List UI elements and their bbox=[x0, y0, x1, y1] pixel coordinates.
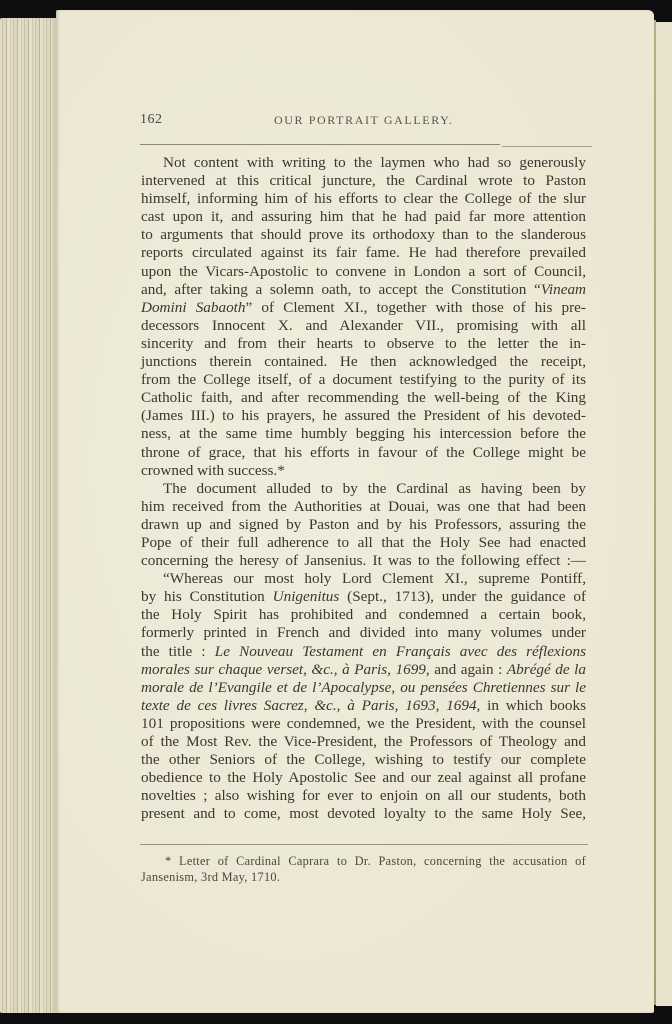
text-line: morale de l’Evangile et de l’Apocalypse,… bbox=[141, 679, 586, 697]
running-head: OUR PORTRAIT GALLERY. bbox=[274, 113, 453, 128]
text-line: drawn up and signed by Paston and by his… bbox=[141, 516, 586, 534]
text-line: to arguments that should prove its ortho… bbox=[141, 226, 586, 244]
text-line: intervened at this critical juncture, th… bbox=[141, 172, 586, 190]
italic-title: Vineam bbox=[541, 281, 586, 298]
text-line: concerning the heresy of Jansenius. It w… bbox=[141, 552, 586, 570]
italic-title: texte de ces livres Sacrez, &c., à Paris… bbox=[141, 697, 480, 714]
italic-title: Unigenitus bbox=[273, 588, 340, 605]
text-line: The document alluded to by the Cardinal … bbox=[141, 480, 586, 498]
text-segment: ” of Clement XI., together with those of… bbox=[246, 299, 586, 316]
text-line: morales sur chaque verset, &c., à Paris,… bbox=[141, 661, 586, 679]
book-scan: 162 OUR PORTRAIT GALLERY. Not content wi… bbox=[0, 0, 672, 1024]
footnote-line: * Letter of Cardinal Caprara to Dr. Past… bbox=[141, 853, 586, 869]
footnote-rule bbox=[140, 844, 588, 845]
text-line: crowned with success.* bbox=[141, 462, 586, 480]
text-segment: (Sept., 1713), under the guidance of bbox=[339, 588, 586, 605]
text-line: novelties ; also wishing for ever to enj… bbox=[141, 787, 586, 805]
text-line: formerly printed in French and divided i… bbox=[141, 624, 586, 642]
text-segment: and, after taking a solemn oath, to acce… bbox=[141, 281, 541, 298]
text-line: the title : Le Nouveau Testament en Fran… bbox=[141, 643, 586, 661]
text-line: junctions therein contained. He then ack… bbox=[141, 353, 586, 371]
text-line: “Whereas our most holy Lord Clement XI.,… bbox=[141, 570, 586, 588]
body-text: Not content with writing to the laymen w… bbox=[141, 154, 586, 823]
page-number: 162 bbox=[140, 112, 163, 128]
page-stack-edges bbox=[0, 18, 58, 1013]
italic-title: Le Nouveau Testament en Français avec de… bbox=[215, 643, 586, 660]
text-line: Catholic faith, and after recommending t… bbox=[141, 389, 586, 407]
text-line: texte de ces livres Sacrez, &c., à Paris… bbox=[141, 697, 586, 715]
gutter-shadow bbox=[654, 20, 656, 1005]
text-line: ness, at the same time humbly begging hi… bbox=[141, 425, 586, 443]
text-line: Pope of their full adherence to all that… bbox=[141, 534, 586, 552]
footnote-line: Jansenism, 3rd May, 1710. bbox=[141, 869, 586, 885]
text-segment: in which books bbox=[480, 697, 586, 714]
text-line: him received from the Authorities at Dou… bbox=[141, 498, 586, 516]
text-line: Domini Sabaoth” of Clement XI., together… bbox=[141, 299, 586, 317]
italic-title: Abrégé de la bbox=[507, 661, 586, 678]
text-line: by his Constitution Unigenitus (Sept., 1… bbox=[141, 588, 586, 606]
text-segment: by his Constitution bbox=[141, 588, 273, 605]
italic-title: morales sur chaque verset, &c., à Paris,… bbox=[141, 661, 430, 678]
text-segment: the title : bbox=[141, 643, 215, 660]
text-line: the other Seniors of the College, wishin… bbox=[141, 751, 586, 769]
facing-page-edge bbox=[656, 22, 672, 1006]
italic-title: Domini Sabaoth bbox=[141, 299, 246, 316]
text-line: the Holy Spirit has prohibited and conde… bbox=[141, 606, 586, 624]
footnote: * Letter of Cardinal Caprara to Dr. Past… bbox=[141, 853, 586, 885]
text-line: sincerity and from their hearts to obser… bbox=[141, 335, 586, 353]
text-line: from the College itself, of a document t… bbox=[141, 371, 586, 389]
text-line: throne of grace, that his efforts in fav… bbox=[141, 444, 586, 462]
text-line: decessors Innocent X. and Alexander VII.… bbox=[141, 317, 586, 335]
text-line: upon the Vicars-Apostolic to convene in … bbox=[141, 263, 586, 281]
header-rule bbox=[140, 144, 500, 145]
text-line: himself, informing him of his efforts to… bbox=[141, 190, 586, 208]
page-header: 162 OUR PORTRAIT GALLERY. bbox=[140, 112, 590, 132]
text-line: cast upon it, and assuring him that he h… bbox=[141, 208, 586, 226]
text-segment: and again : bbox=[430, 661, 507, 678]
text-line: 101 propositions were condemned, we the … bbox=[141, 715, 586, 733]
text-line: Not content with writing to the laymen w… bbox=[141, 154, 586, 172]
text-line: present and to come, most devoted loyalt… bbox=[141, 805, 586, 823]
text-line: obedience to the Holy Apostolic See and … bbox=[141, 769, 586, 787]
text-line: of the Most Rev. the Vice-President, the… bbox=[141, 733, 586, 751]
text-line: and, after taking a solemn oath, to acce… bbox=[141, 281, 586, 299]
text-line: reports circulated against its fair fame… bbox=[141, 244, 586, 262]
text-line: (James III.) to his prayers, he assured … bbox=[141, 407, 586, 425]
header-rule-extension bbox=[502, 146, 592, 147]
